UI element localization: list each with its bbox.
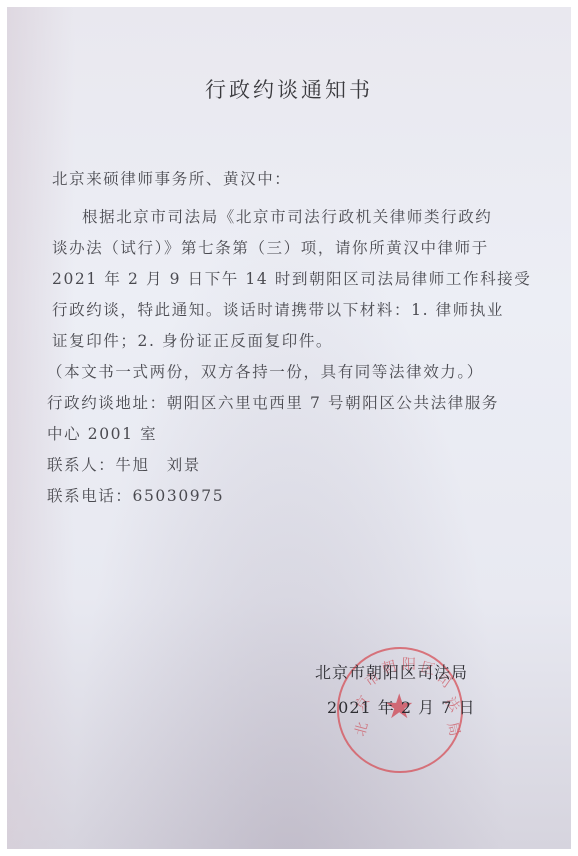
body-line-4: 行政约谈，特此通知。谈话时请携带以下材料：1. 律师执业 xyxy=(52,298,504,320)
body-line-1: 根据北京市司法局《北京市司法行政机关律师类行政约 xyxy=(82,205,492,227)
issue-date: 2021 年 2 月 7 日 xyxy=(327,695,476,718)
addressee: 北京来硕律师事务所、黄汉中： xyxy=(52,167,291,189)
address-line-2: 中心 2001 室 xyxy=(47,422,157,444)
contact-person: 联系人：牛旭 刘景 xyxy=(47,453,201,475)
contact-phone: 联系电话：65030975 xyxy=(47,484,224,506)
body-line-2: 谈办法（试行）》第七条第（三）项，请你所黄汉中律师于 xyxy=(52,236,489,258)
body-line-3: 2021 年 2 月 9 日下午 14 时到朝阳区司法局律师工作科接受 xyxy=(52,267,531,289)
issuer: 北京市朝阳区司法局 xyxy=(315,660,468,683)
document-photo: 行政约谈通知书 北京来硕律师事务所、黄汉中： 根据北京市司法局《北京市司法行政机… xyxy=(7,7,571,849)
body-line-5: 证复印件；2. 身份证正反面复印件。 xyxy=(52,329,333,351)
legal-note: （本文书一式两份，双方各持一份，具有同等法律效力。） xyxy=(47,360,484,382)
document-title: 行政约谈通知书 xyxy=(7,74,571,104)
address-line-1: 行政约谈地址：朝阳区六里屯西里 7 号朝阳区公共法律服务 xyxy=(47,391,499,413)
